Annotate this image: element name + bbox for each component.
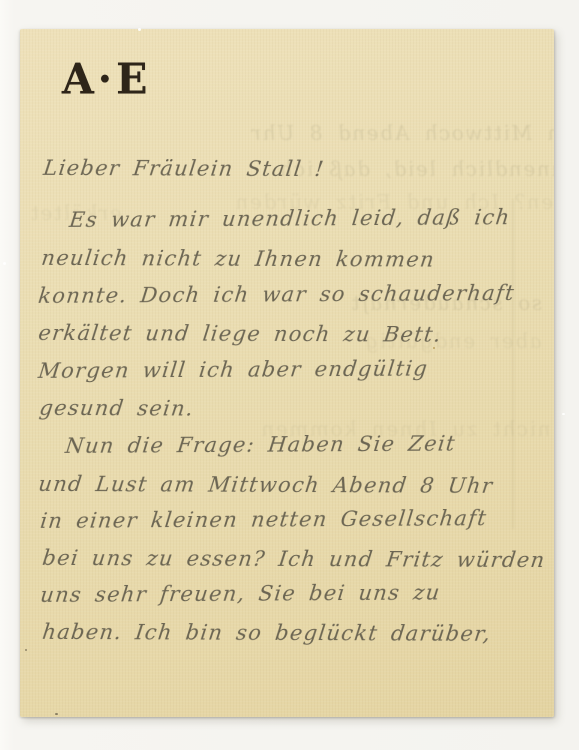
handwritten-line: Nun die Frage: Haben Sie Zeit xyxy=(64,432,457,458)
handwritten-line: konnte. Doch ich war so schauderhaft xyxy=(37,281,516,308)
paper-speck xyxy=(433,347,435,349)
handwritten-line: uns sehr freuen, Sie bei uns zu xyxy=(39,581,442,607)
bleed-through-text: und Lust am Mittwoch Abend 8 Uhr xyxy=(249,121,554,145)
dust-speck xyxy=(138,28,141,31)
handwritten-line: erkältet und liege noch zu Bett. xyxy=(37,321,443,347)
handwritten-line: Es war mir unendlich leid, daß ich xyxy=(68,205,512,232)
fold-crease xyxy=(512,199,514,529)
handwritten-line: und Lust am Mittwoch Abend 8 Uhr xyxy=(37,472,495,498)
handwritten-line: Morgen will ich aber endgültig xyxy=(37,357,430,383)
handwritten-line: neulich nicht zu Ihnen kommen xyxy=(40,246,436,272)
handwritten-line-salutation: Lieber Fräulein Stall ! xyxy=(42,156,326,181)
scan-background: und Lust am Mittwoch Abend 8 Uhr Es war … xyxy=(0,0,579,750)
dust-speck xyxy=(562,413,565,415)
handwritten-line: gesund sein. xyxy=(38,396,196,421)
handwritten-line: haben. Ich bin so beglückt darüber, xyxy=(41,620,493,646)
handwritten-line: in einer kleinen netten Gesellschaft xyxy=(39,506,488,533)
monogram: A·E xyxy=(62,55,151,104)
handwritten-line: bei uns zu essen? Ich und Fritz würden xyxy=(41,546,547,572)
dust-speck xyxy=(3,262,6,265)
paper-speck xyxy=(25,649,27,651)
letter-page: und Lust am Mittwoch Abend 8 Uhr Es war … xyxy=(20,29,554,717)
paper-speck xyxy=(55,713,58,715)
